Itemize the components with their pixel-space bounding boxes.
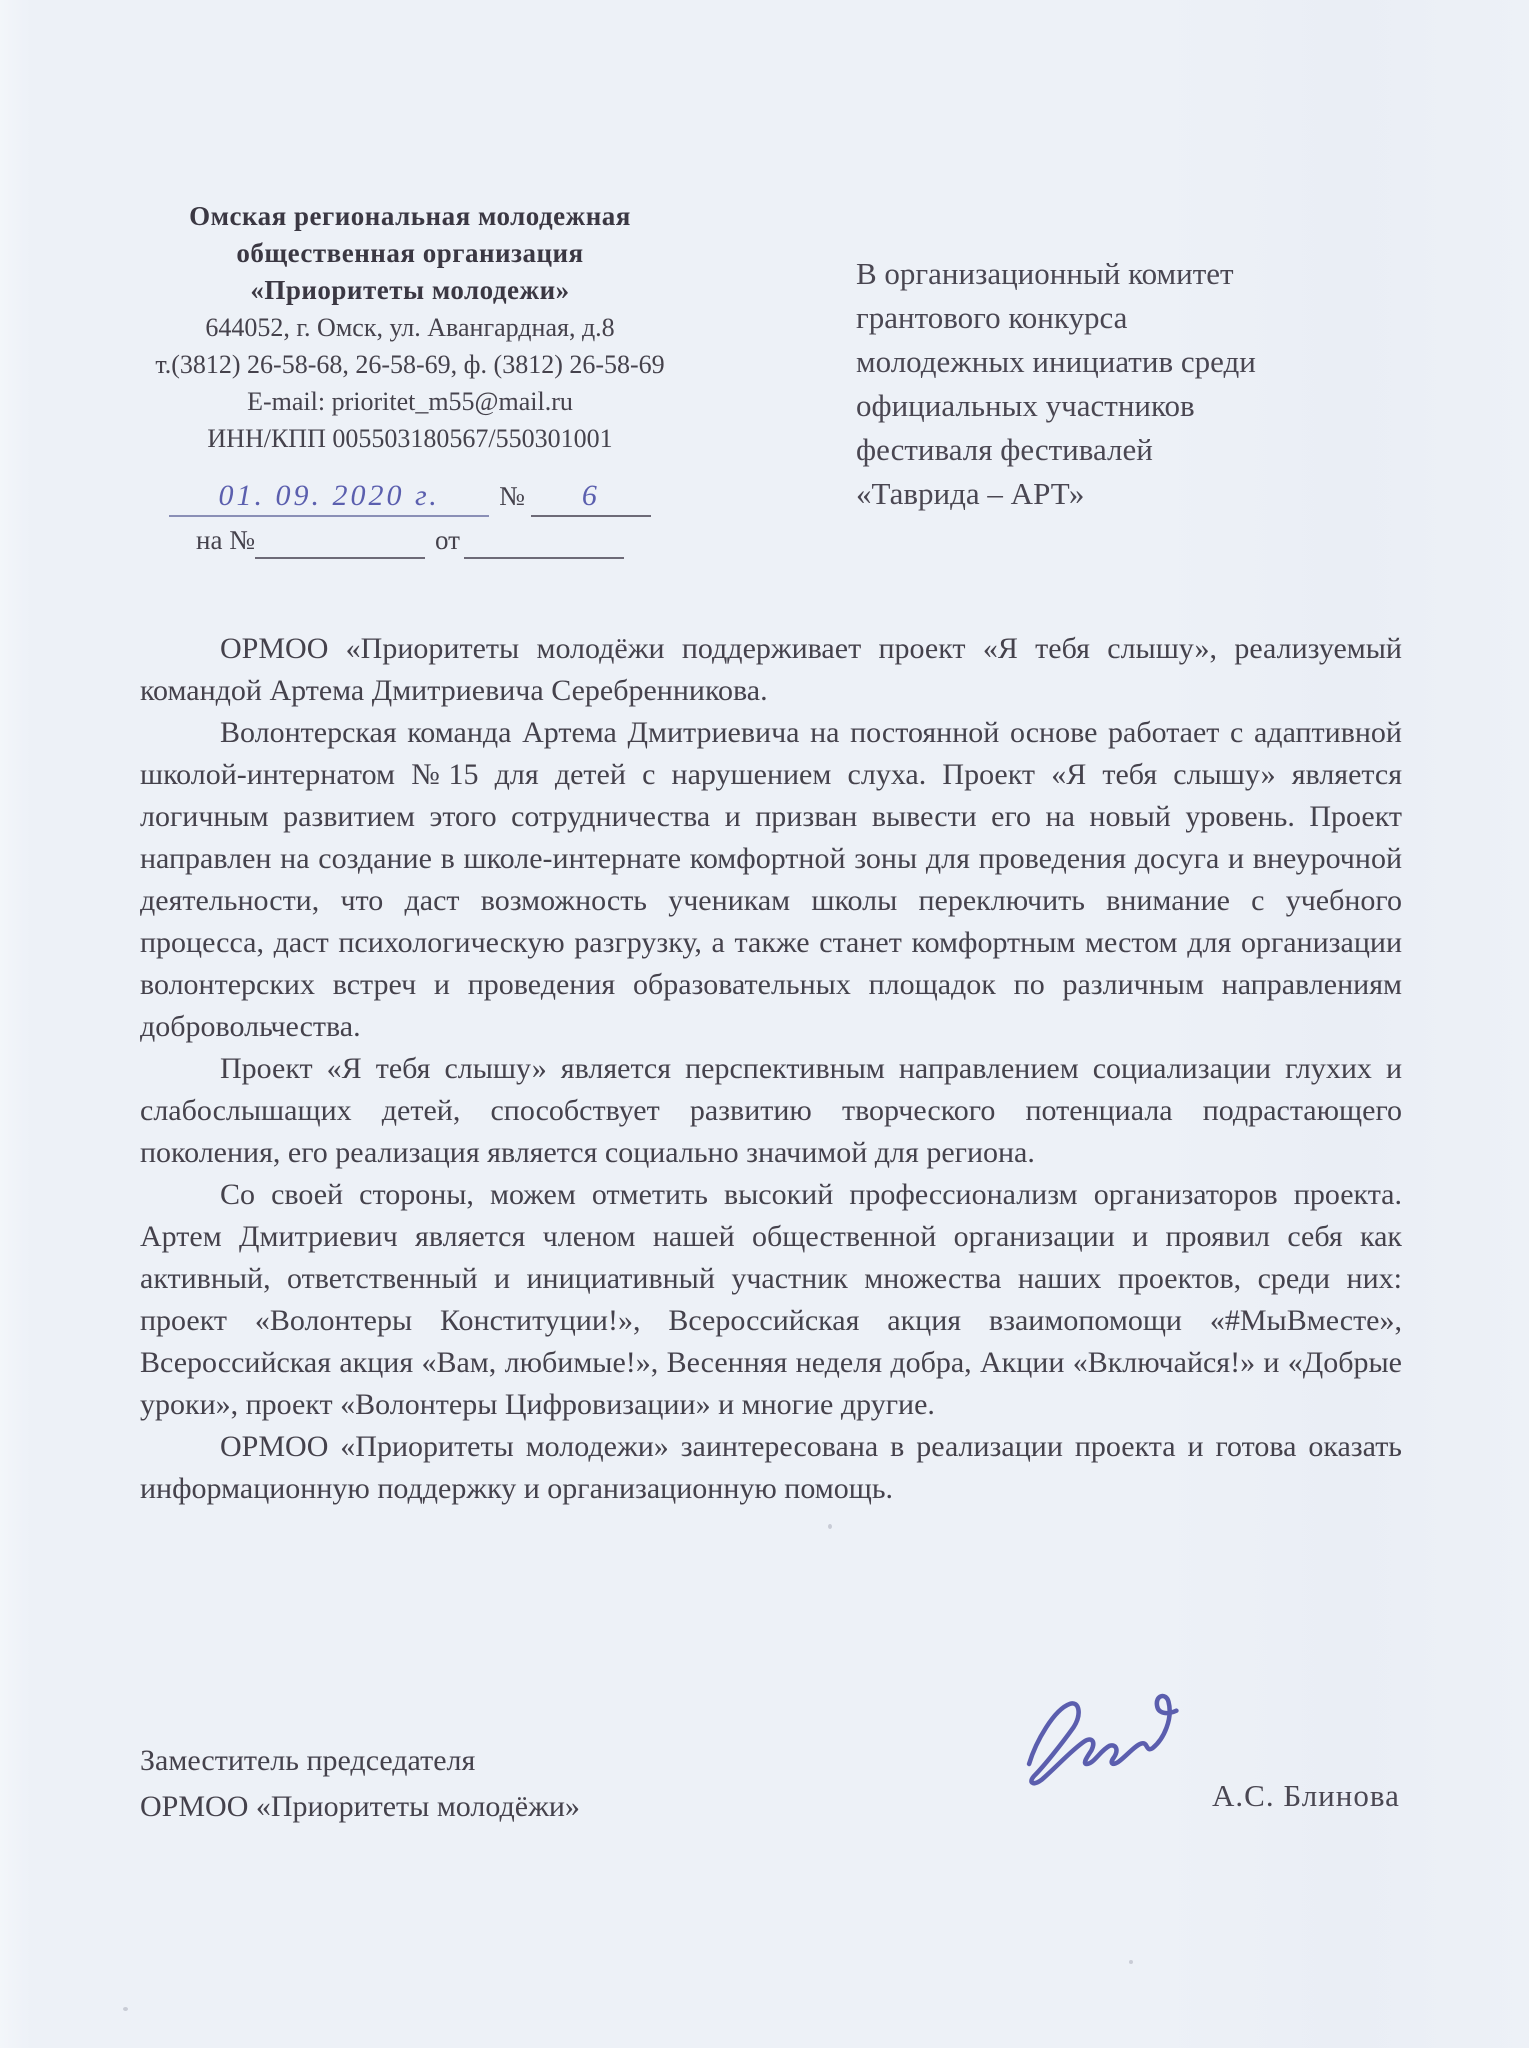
letter-body: ОРМОО «Приоритеты молодёжи поддерживает … [140,628,1402,1510]
date-number-row: 01. 09. 2020 г. № 6 [130,471,690,517]
org-name-line3: «Приоритеты молодежи» [130,272,690,309]
signer-name: А.С. Блинова [1212,1778,1400,1814]
handwritten-date: 01. 09. 2020 г. [169,477,489,517]
body-paragraph: Со своей стороны, можем отметить высокий… [140,1174,1402,1426]
scanned-letter-page: Омская региональная молодежная обществен… [0,0,1529,2048]
scan-speck [828,1524,832,1529]
reference-row: на № от [130,517,690,559]
signer-position-line2: ОРМОО «Приоритеты молодёжи» [140,1784,580,1830]
recipient-line: «Таврида – АРТ» [856,472,1326,516]
body-paragraph: ОРМОО «Приоритеты молодежи» заинтересова… [140,1426,1402,1510]
recipient-line: грантового конкурса [856,296,1326,340]
recipient-line: молодежных инициатив среди [856,340,1326,384]
org-inn-kpp: ИНН/КПП 005503180567/550301001 [130,420,690,457]
scan-speck [1129,1960,1133,1964]
ref-date-blank [464,557,624,559]
ref-number-blank [255,557,425,559]
recipient-line: фестиваля фестивалей [856,428,1326,472]
org-name-line1: Омская региональная молодежная [130,198,690,235]
handwritten-signature-icon [1020,1688,1190,1803]
body-paragraph: ОРМОО «Приоритеты молодёжи поддерживает … [140,628,1402,712]
number-sign-label: № [489,478,531,517]
recipient-line: В организационный комитет [856,252,1326,296]
recipient-block: В организационный комитет грантового кон… [856,252,1326,516]
recipient-line: официальных участников [856,384,1326,428]
body-paragraph: Проект «Я тебя слышу» является перспекти… [140,1048,1402,1174]
signer-position-block: Заместитель председателя ОРМОО «Приорите… [140,1738,580,1830]
ref-prefix-label: на № [196,522,255,559]
ref-ot-label: от [425,522,464,559]
body-paragraph: Волонтерская команда Артема Дмитриевича … [140,712,1402,1048]
signer-position-line1: Заместитель председателя [140,1738,580,1784]
org-address: 644052, г. Омск, ул. Авангардная, д.8 [130,309,690,346]
org-name-line2: общественная организация [130,235,690,272]
letterhead-org-block: Омская региональная молодежная обществен… [130,198,690,559]
org-email: E-mail: prioritet_m55@mail.ru [130,383,690,420]
scan-speck [123,2007,128,2011]
org-phones: т.(3812) 26-58-68, 26-58-69, ф. (3812) 2… [130,346,690,383]
handwritten-number: 6 [531,477,651,517]
